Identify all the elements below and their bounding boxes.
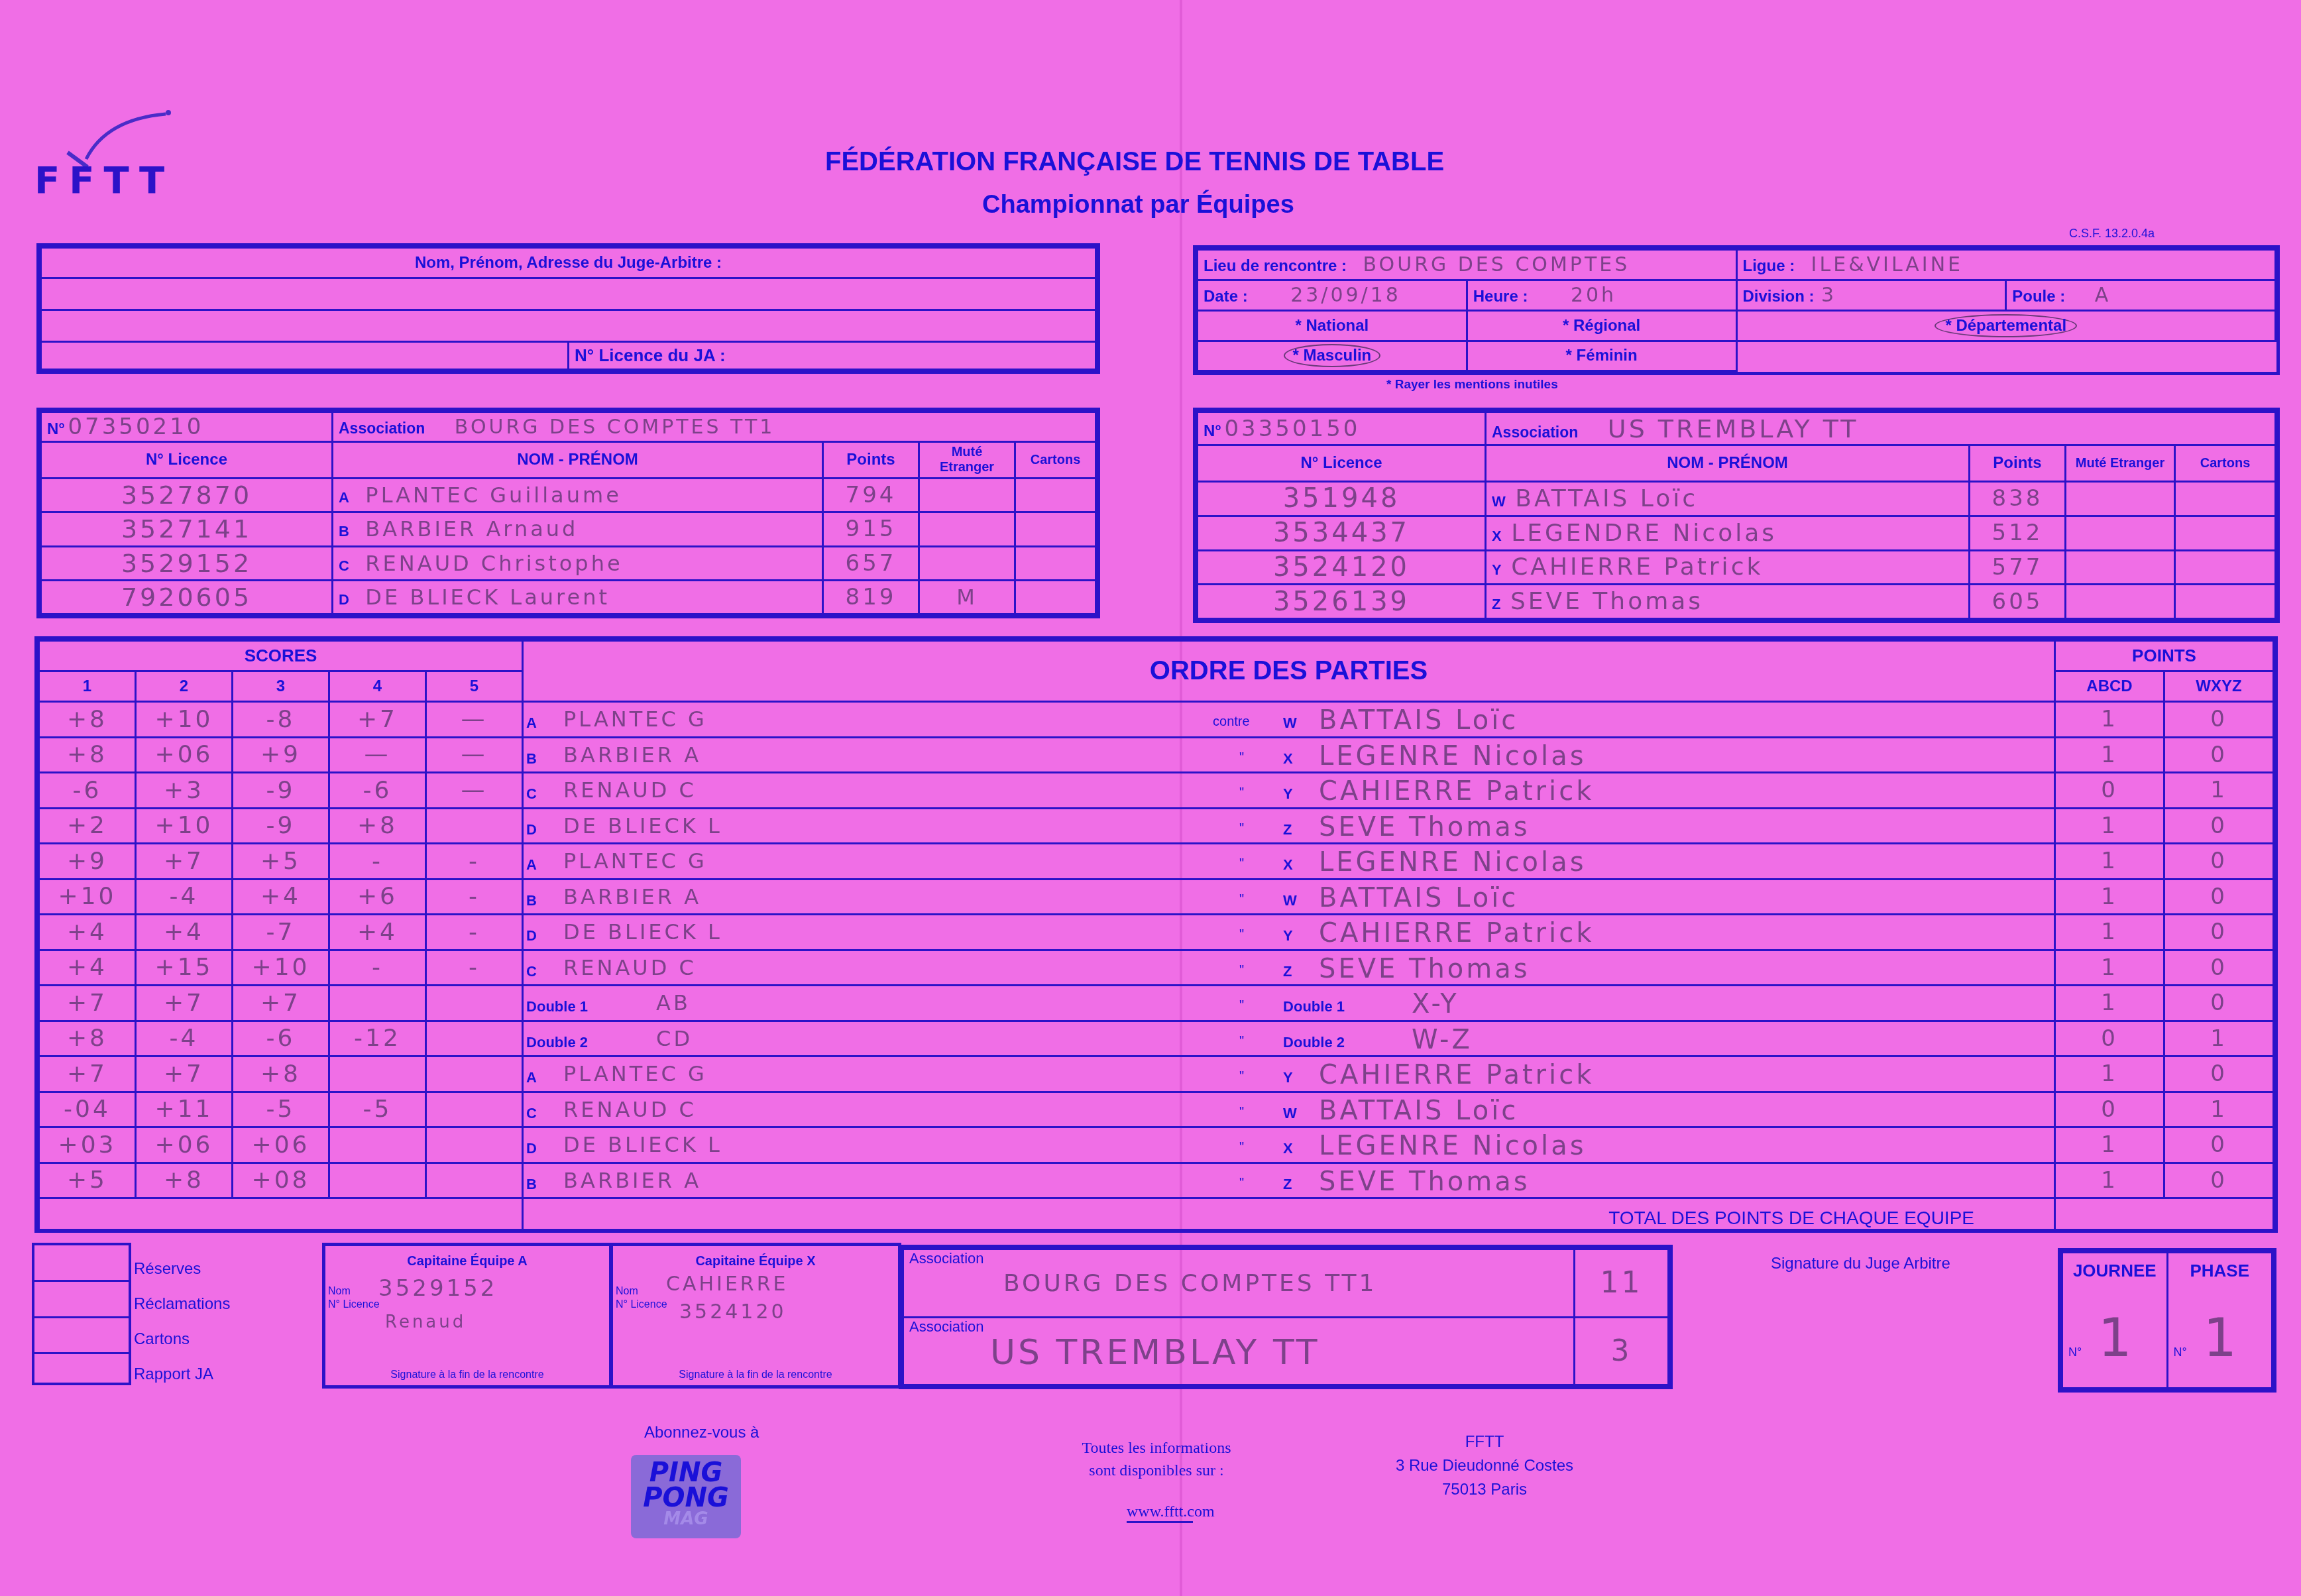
points-wxyz[interactable]: 1: [2164, 1092, 2273, 1127]
referee-address-line-1[interactable]: [41, 278, 1096, 310]
player-row: 351948 W BATTAIS Loïc 838: [1198, 482, 2276, 516]
left-player-name: PLANTEC G: [563, 707, 707, 732]
set-score-1[interactable]: +5: [39, 1163, 136, 1198]
set-score-3[interactable]: +06: [233, 1127, 329, 1163]
order-cell[interactable]: C RENAUD C " Z SEVE Thomas: [523, 950, 2055, 986]
player-mute[interactable]: [919, 546, 1015, 580]
team-a-association-field[interactable]: Association BOURG DES COMPTES TT1: [333, 412, 1096, 442]
left-player-name: DE BLIECK L: [563, 813, 722, 838]
match-sheet-table: SCORES ORDRE DES PARTIES POINTS 1 2 3 4 …: [34, 636, 2278, 1233]
player-name-cell[interactable]: Z SEVE Thomas: [1486, 585, 1970, 619]
page-subtitle: Championnat par Équipes: [982, 191, 1294, 219]
league-field[interactable]: Ligue : ILE&VILAINE: [1736, 250, 2276, 280]
points-wxyz[interactable]: 0: [2164, 950, 2273, 986]
set-score-1[interactable]: +2: [39, 808, 136, 844]
left-player-code: C: [526, 963, 537, 980]
order-cell[interactable]: B BARBIER A " W BATTAIS Loïc: [523, 879, 2055, 915]
phase-label: PHASE: [2167, 1253, 2273, 1289]
league-label: Ligue :: [1743, 257, 1795, 275]
player-mute[interactable]: [2066, 585, 2175, 619]
set-score-2[interactable]: +7: [136, 986, 233, 1021]
set-score-5[interactable]: —: [426, 737, 523, 773]
rapport-ja-checkbox[interactable]: [34, 1354, 129, 1389]
set-score-3[interactable]: +5: [233, 844, 329, 880]
cartons-label: Cartons: [134, 1322, 230, 1357]
set-score-4[interactable]: [329, 1127, 426, 1163]
date-field[interactable]: Date : 23/09/18: [1198, 280, 1467, 311]
points-abcd[interactable]: 0: [2054, 1092, 2164, 1127]
points-wxyz[interactable]: 0: [2164, 915, 2273, 950]
set-score-3[interactable]: +10: [233, 950, 329, 986]
player-name-cell[interactable]: A PLANTEC Guillaume: [333, 479, 823, 512]
player-mute[interactable]: [2066, 482, 2175, 516]
match-row: -6+3-9-6— C RENAUD C " Y CAHIERRE Patric…: [39, 773, 2274, 809]
player-cartons[interactable]: [2175, 550, 2276, 585]
points-wxyz[interactable]: 0: [2164, 1127, 2273, 1163]
left-player-name: RENAUD C: [563, 777, 697, 803]
result-team-name: US TREMBLAY TT: [990, 1333, 1320, 1373]
set-score-2[interactable]: +7: [136, 1056, 233, 1092]
set-score-1[interactable]: +4: [39, 950, 136, 986]
result-team-name: BOURG DES COMPTES TT1: [1003, 1270, 1376, 1297]
order-cell[interactable]: A PLANTEC G " X LEGENRE Nicolas: [523, 844, 2055, 880]
set-score-1[interactable]: +7: [39, 1056, 136, 1092]
points-abcd[interactable]: 1: [2054, 808, 2164, 844]
org-name: FFTT: [1392, 1430, 1577, 1454]
set-score-3[interactable]: -6: [233, 1021, 329, 1056]
gender-feminin-option[interactable]: * Féminin: [1467, 341, 1736, 371]
player-points[interactable]: 794: [823, 479, 919, 512]
player-name-cell[interactable]: C RENAUD Christophe: [333, 546, 823, 580]
right-player-code: Y: [1283, 1069, 1293, 1086]
order-header: ORDRE DES PARTIES: [523, 641, 2055, 702]
player-cartons[interactable]: [2175, 585, 2276, 619]
pool-label: Poule :: [2012, 288, 2065, 306]
set-score-5[interactable]: —: [426, 773, 523, 809]
player-letter: Z: [1492, 596, 1500, 612]
player-mute[interactable]: [919, 512, 1015, 546]
left-player-name: CD: [656, 1026, 693, 1051]
set-score-2[interactable]: +10: [136, 808, 233, 844]
left-player-code: B: [526, 892, 537, 909]
left-player-name: DE BLIECK L: [563, 1132, 722, 1157]
contre-separator: ": [1239, 1034, 1244, 1049]
right-player-code: Z: [1283, 1176, 1292, 1193]
set-score-5[interactable]: [426, 1092, 523, 1127]
player-points[interactable]: 605: [1970, 585, 2066, 619]
right-player-code: W: [1283, 1105, 1297, 1122]
left-player-code: D: [526, 821, 537, 838]
set-score-2[interactable]: +11: [136, 1092, 233, 1127]
points-wxyz[interactable]: 0: [2164, 986, 2273, 1021]
match-row: +5+8+08 B BARBIER A " Z SEVE Thomas 10: [39, 1163, 2274, 1198]
left-player-code: A: [526, 714, 537, 732]
player-row: 3534437 X LEGENDRE Nicolas 512: [1198, 516, 2276, 550]
points-abcd[interactable]: 1: [2054, 1163, 2164, 1198]
org-address-line-1: 3 Rue Dieudonné Costes: [1392, 1454, 1577, 1478]
set-score-5[interactable]: [426, 808, 523, 844]
left-player-code: A: [526, 1069, 537, 1086]
player-name-cell[interactable]: B BARBIER Arnaud: [333, 512, 823, 546]
order-cell[interactable]: D DE BLIECK L " X LEGENRE Nicolas: [523, 1127, 2055, 1163]
set-score-4[interactable]: -: [329, 950, 426, 986]
col-header-cartons: Cartons: [1015, 442, 1096, 479]
set-score-4[interactable]: +4: [329, 915, 426, 950]
right-player-name: CAHIERRE Patrick: [1319, 776, 1594, 807]
level-regional-option[interactable]: * Régional: [1467, 311, 1736, 341]
right-player-name: LEGENRE Nicolas: [1319, 847, 1587, 878]
player-cartons[interactable]: [1015, 546, 1096, 580]
player-license[interactable]: 7920605: [41, 580, 333, 614]
org-address-line-2: 75013 Paris: [1392, 1478, 1577, 1502]
contre-separator: ": [1239, 821, 1244, 836]
set-score-2[interactable]: +7: [136, 844, 233, 880]
player-cartons[interactable]: [2175, 516, 2276, 550]
time-field[interactable]: Heure : 20h: [1467, 280, 1736, 311]
player-points[interactable]: 819: [823, 580, 919, 614]
player-points[interactable]: 915: [823, 512, 919, 546]
set-score-1[interactable]: +10: [39, 879, 136, 915]
result-score[interactable]: 11: [1575, 1249, 1669, 1318]
points-abcd[interactable]: 1: [2054, 1127, 2164, 1163]
order-cell[interactable]: C RENAUD C " W BATTAIS Loïc: [523, 1092, 2055, 1127]
set-score-1[interactable]: +7: [39, 986, 136, 1021]
team-a-roster: N° 07350210 Association BOURG DES COMPTE…: [36, 408, 1100, 618]
order-cell[interactable]: A PLANTEC G " Y CAHIERRE Patrick: [523, 1056, 2055, 1092]
player-name: LEGENDRE Nicolas: [1511, 520, 1777, 547]
player-name-cell[interactable]: D DE BLIECK Laurent: [333, 580, 823, 614]
referee-address-line-2[interactable]: [41, 310, 1096, 342]
points-wxyz[interactable]: 0: [2164, 737, 2273, 773]
result-team-cell[interactable]: Association US TREMBLAY TT: [903, 1317, 1575, 1385]
level-national-option[interactable]: * National: [1198, 311, 1467, 341]
set-score-1[interactable]: +4: [39, 915, 136, 950]
set-score-4[interactable]: -12: [329, 1021, 426, 1056]
left-player-name: RENAUD C: [563, 955, 697, 980]
set-score-2[interactable]: -4: [136, 1021, 233, 1056]
contre-separator: ": [1239, 892, 1244, 907]
set-score-5[interactable]: -: [426, 879, 523, 915]
left-player-name: PLANTEC G: [563, 848, 707, 874]
phase-no-label: N°: [2174, 1345, 2187, 1359]
points-wxyz[interactable]: 0: [2164, 1163, 2273, 1198]
time-label: Heure :: [1473, 288, 1528, 306]
player-row: 3526139 Z SEVE Thomas 605: [1198, 585, 2276, 619]
player-cartons[interactable]: [1015, 479, 1096, 512]
set-score-5[interactable]: [426, 1021, 523, 1056]
points-wxyz[interactable]: 1: [2164, 773, 2273, 809]
player-mute[interactable]: M: [919, 580, 1015, 614]
team-x-number-label: N°: [1204, 422, 1221, 440]
referee-box: Nom, Prénom, Adresse du Juge-Arbitre : N…: [36, 243, 1100, 374]
player-cartons[interactable]: [1015, 580, 1096, 614]
right-player-code: Y: [1283, 927, 1293, 944]
set-score-3[interactable]: +08: [233, 1163, 329, 1198]
journee-label: JOURNEE: [2062, 1253, 2168, 1289]
player-name-cell[interactable]: Y CAHIERRE Patrick: [1486, 550, 1970, 585]
gender-masculin-option[interactable]: * Masculin: [1198, 341, 1467, 371]
match-row: +8-4-6-12 Double 2 CD " Double 2 W-Z 01: [39, 1021, 2274, 1056]
right-player-code: W: [1283, 714, 1297, 732]
set-score-1[interactable]: +8: [39, 702, 136, 738]
reserves-label: Réserves: [134, 1251, 230, 1286]
captain-x-license-value: 3524120: [679, 1300, 787, 1324]
player-row: 3524120 Y CAHIERRE Patrick 577: [1198, 550, 2276, 585]
team-a-number-label: N°: [47, 420, 65, 438]
player-row: 3527870 A PLANTEC Guillaume 794: [41, 479, 1096, 512]
player-name-cell[interactable]: X LEGENDRE Nicolas: [1486, 516, 1970, 550]
cartons-checkbox[interactable]: [34, 1318, 129, 1355]
venue-value: BOURG DES COMPTES: [1363, 253, 1630, 276]
set-score-3[interactable]: -5: [233, 1092, 329, 1127]
set-score-5[interactable]: -: [426, 844, 523, 880]
captain-a-box[interactable]: Capitaine Équipe A Nom N° Licence 352915…: [322, 1243, 612, 1389]
points-wxyz[interactable]: 0: [2164, 879, 2273, 915]
phase-field[interactable]: N° 1: [2167, 1289, 2273, 1389]
left-player-code: C: [526, 1105, 537, 1122]
right-player-name: LEGENRE Nicolas: [1319, 741, 1587, 771]
pool-value: A: [2095, 284, 2111, 307]
set-score-4[interactable]: +8: [329, 808, 426, 844]
right-player-code: X: [1283, 1140, 1293, 1157]
player-cartons[interactable]: [1015, 512, 1096, 546]
order-cell[interactable]: D DE BLIECK L " Y CAHIERRE Patrick: [523, 915, 2055, 950]
left-player-name: BARBIER A: [563, 1168, 701, 1193]
set-score-4[interactable]: [329, 986, 426, 1021]
order-cell[interactable]: B BARBIER A " Z SEVE Thomas: [523, 1163, 2055, 1198]
level-departemental-option[interactable]: * Départemental: [1736, 311, 2276, 341]
set-score-3[interactable]: +7: [233, 986, 329, 1021]
order-cell[interactable]: Double 1 AB " Double 1 X-Y: [523, 986, 2055, 1021]
points-abcd[interactable]: 1: [2054, 915, 2164, 950]
set-score-2[interactable]: +06: [136, 737, 233, 773]
right-player-code: Double 2: [1283, 1034, 1345, 1051]
contre-separator: ": [1239, 998, 1244, 1013]
col-header-points: Points: [823, 442, 919, 479]
player-license[interactable]: 3534437: [1198, 516, 1486, 550]
info-line-1: Toutes les informations: [1074, 1437, 1239, 1459]
points-wxyz[interactable]: 1: [2164, 1021, 2273, 1056]
total-points-cell[interactable]: [2054, 1198, 2273, 1230]
set-score-4[interactable]: -5: [329, 1092, 426, 1127]
points-abcd[interactable]: 0: [2054, 1021, 2164, 1056]
info-line-2: sont disponibles sur :: [1074, 1459, 1239, 1482]
captain-x-nom-label: Nom: [616, 1286, 638, 1298]
set-score-4[interactable]: -6: [329, 773, 426, 809]
left-player-name: BARBIER A: [563, 742, 701, 768]
division-field[interactable]: Division : 3: [1736, 280, 2006, 311]
player-points[interactable]: 657: [823, 546, 919, 580]
set-score-4[interactable]: —: [329, 737, 426, 773]
player-license[interactable]: 3527141: [41, 512, 333, 546]
team-x-association-field[interactable]: Association US TREMBLAY TT: [1486, 412, 2276, 445]
player-license[interactable]: 3527870: [41, 479, 333, 512]
player-letter: B: [339, 523, 349, 540]
set-score-3[interactable]: -7: [233, 915, 329, 950]
player-letter: W: [1492, 493, 1506, 510]
set-score-3[interactable]: -9: [233, 808, 329, 844]
player-mute[interactable]: [2066, 516, 2175, 550]
set-score-1[interactable]: +8: [39, 737, 136, 773]
set-score-5[interactable]: [426, 1056, 523, 1092]
set-score-5[interactable]: -: [426, 915, 523, 950]
right-player-name: W-Z: [1412, 1025, 1473, 1055]
set-score-3[interactable]: +8: [233, 1056, 329, 1092]
order-cell[interactable]: Double 2 CD " Double 2 W-Z: [523, 1021, 2055, 1056]
contre-separator: ": [1239, 785, 1244, 801]
points-abcd[interactable]: 1: [2054, 844, 2164, 880]
reserves-checkbox[interactable]: [34, 1245, 129, 1282]
venue-label: Lieu de rencontre :: [1204, 257, 1347, 275]
player-name-cell[interactable]: W BATTAIS Loïc: [1486, 482, 1970, 516]
points-abcd[interactable]: 1: [2054, 737, 2164, 773]
contre-separator: ": [1239, 963, 1244, 978]
set-score-4[interactable]: [329, 1056, 426, 1092]
result-score[interactable]: 3: [1575, 1317, 1669, 1385]
captain-x-license-label: N° Licence: [616, 1299, 667, 1311]
player-letter: Y: [1492, 561, 1502, 578]
set-score-5[interactable]: [426, 1127, 523, 1163]
team-x-association-label: Association: [1492, 424, 1578, 441]
set-score-5[interactable]: [426, 1163, 523, 1198]
remarks-checkboxes: [32, 1243, 131, 1385]
points-wxyz[interactable]: 0: [2164, 808, 2273, 844]
right-player-name: SEVE Thomas: [1319, 1167, 1530, 1197]
contre-separator: ": [1239, 1069, 1244, 1084]
player-name: RENAUD Christophe: [365, 551, 622, 576]
venue-field[interactable]: Lieu de rencontre : BOURG DES COMPTES: [1198, 250, 1737, 280]
set-score-1[interactable]: -04: [39, 1092, 136, 1127]
player-letter: C: [339, 557, 349, 574]
points-abcd[interactable]: 1: [2054, 879, 2164, 915]
team-a-number-field[interactable]: N° 07350210: [41, 412, 333, 442]
team-x-number-field[interactable]: N° 03350150: [1198, 412, 1486, 445]
order-cell[interactable]: D DE BLIECK L " Z SEVE Thomas: [523, 808, 2055, 844]
captain-a-license-value: 3529152: [378, 1275, 497, 1302]
points-wxyz[interactable]: 0: [2164, 844, 2273, 880]
league-value: ILE&VILAINE: [1811, 253, 1963, 276]
set-score-4[interactable]: +7: [329, 702, 426, 738]
set-score-4[interactable]: [329, 1163, 426, 1198]
player-letter: X: [1492, 528, 1502, 544]
order-cell[interactable]: B BARBIER A " X LEGENRE Nicolas: [523, 737, 2055, 773]
website-link[interactable]: www.fftt.com: [1127, 1503, 1193, 1523]
strike-note: * Rayer les mentions inutiles: [1386, 378, 1558, 392]
match-row: +4+4-7+4- D DE BLIECK L " Y CAHIERRE Pat…: [39, 915, 2274, 950]
set-score-3[interactable]: +4: [233, 879, 329, 915]
empty-cell: [1736, 341, 2276, 371]
journee-field[interactable]: N° 1: [2062, 1289, 2168, 1389]
selected-circle-departemental: * Départemental: [1935, 314, 2077, 337]
player-points[interactable]: 577: [1970, 550, 2066, 585]
order-cell[interactable]: C RENAUD C " Y CAHIERRE Patrick: [523, 773, 2055, 809]
col-header-cartons: Cartons: [2175, 445, 2276, 482]
set-score-1[interactable]: +8: [39, 1021, 136, 1056]
set-score-2[interactable]: +15: [136, 950, 233, 986]
captain-x-box[interactable]: Capitaine Équipe X Nom N° Licence CAHIER…: [610, 1243, 901, 1389]
logo-line-pong: PONG: [631, 1485, 741, 1510]
player-points[interactable]: 838: [1970, 482, 2066, 516]
points-abcd-header: ABCD: [2054, 671, 2164, 702]
player-license[interactable]: 3524120: [1198, 550, 1486, 585]
page-title: FÉDÉRATION FRANÇAISE DE TENNIS DE TABLE: [825, 147, 1444, 177]
set-score-5[interactable]: [426, 986, 523, 1021]
division-value: 3: [1821, 284, 1836, 307]
reclamations-checkbox[interactable]: [34, 1282, 129, 1318]
subscribe-label: Abonnez-vous à: [644, 1424, 759, 1442]
player-name: BARBIER Arnaud: [365, 516, 578, 541]
points-abcd[interactable]: 1: [2054, 986, 2164, 1021]
set-score-3[interactable]: -9: [233, 773, 329, 809]
set-score-5[interactable]: —: [426, 702, 523, 738]
match-row: +9+7+5-- A PLANTEC G " X LEGENRE Nicolas…: [39, 844, 2274, 880]
set-score-1[interactable]: -6: [39, 773, 136, 809]
player-cartons[interactable]: [2175, 482, 2276, 516]
points-wxyz[interactable]: 0: [2164, 1056, 2273, 1092]
final-result-box: Association BOURG DES COMPTES TT1 11 Ass…: [899, 1245, 1673, 1389]
points-abcd[interactable]: 1: [2054, 950, 2164, 986]
phase-value: 1: [2203, 1307, 2239, 1369]
captain-a-nom-label: Nom: [328, 1286, 351, 1298]
player-mute[interactable]: [919, 479, 1015, 512]
player-mute[interactable]: [2066, 550, 2175, 585]
referee-signature-area[interactable]: [1766, 1279, 2004, 1385]
left-player-code: D: [526, 1140, 537, 1157]
set-score-2[interactable]: -4: [136, 879, 233, 915]
points-abcd[interactable]: 1: [2054, 702, 2164, 738]
player-points[interactable]: 512: [1970, 516, 2066, 550]
set-score-3[interactable]: +9: [233, 737, 329, 773]
contre-separator: ": [1239, 856, 1244, 872]
contre-separator: ": [1239, 750, 1244, 766]
set-score-2[interactable]: +4: [136, 915, 233, 950]
points-abcd[interactable]: 0: [2054, 773, 2164, 809]
set-score-1[interactable]: +9: [39, 844, 136, 880]
right-player-code: Z: [1283, 963, 1292, 980]
team-x-roster: N° 03350150 Association US TREMBLAY TT N…: [1193, 408, 2280, 623]
pool-field[interactable]: Poule : A: [2006, 280, 2276, 311]
player-name: CAHIERRE Patrick: [1511, 553, 1763, 581]
set-score-2[interactable]: +8: [136, 1163, 233, 1198]
points-abcd[interactable]: 1: [2054, 1056, 2164, 1092]
date-label: Date :: [1204, 288, 1248, 306]
player-license[interactable]: 3529152: [41, 546, 333, 580]
player-license[interactable]: 351948: [1198, 482, 1486, 516]
points-wxyz[interactable]: 0: [2164, 702, 2273, 738]
left-player-code: B: [526, 750, 537, 768]
left-player-name: AB: [656, 990, 691, 1015]
result-team-cell[interactable]: Association BOURG DES COMPTES TT1: [903, 1249, 1575, 1318]
ping-pong-mag-logo[interactable]: PING PONG MAG: [631, 1455, 741, 1538]
set-score-2[interactable]: +3: [136, 773, 233, 809]
order-cell[interactable]: A PLANTEC G contre W BATTAIS Loïc: [523, 702, 2055, 738]
set-score-4[interactable]: -: [329, 844, 426, 880]
player-license[interactable]: 3526139: [1198, 585, 1486, 619]
contre-separator: ": [1239, 1176, 1244, 1191]
left-player-name: PLANTEC G: [563, 1061, 707, 1086]
set-score-2[interactable]: +10: [136, 702, 233, 738]
set-score-3[interactable]: -8: [233, 702, 329, 738]
set-score-2[interactable]: +06: [136, 1127, 233, 1163]
captain-x-signature-label: Signature à la fin de la rencontre: [613, 1369, 898, 1381]
remarks-labels: Réserves Réclamations Cartons Rapport JA: [134, 1251, 230, 1392]
set-score-5[interactable]: -: [426, 950, 523, 986]
logo-text: FFTT: [34, 159, 174, 202]
set-score-1[interactable]: +03: [39, 1127, 136, 1163]
set-score-4[interactable]: +6: [329, 879, 426, 915]
captain-a-license-label: N° Licence: [328, 1299, 380, 1311]
referee-address-line-3[interactable]: [41, 342, 569, 370]
